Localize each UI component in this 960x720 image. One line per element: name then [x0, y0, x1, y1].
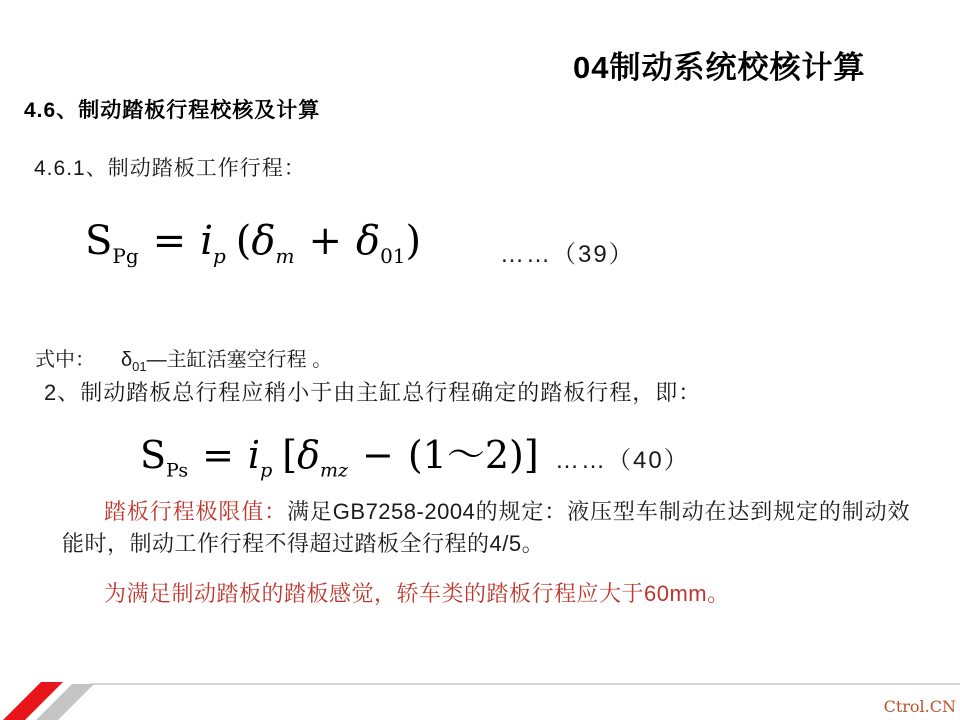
- symbol-definition-text: —主缸活塞空行程 。: [147, 349, 333, 371]
- delta-symbol: δ: [121, 349, 132, 371]
- minus-sign: −: [362, 433, 394, 477]
- equals-sign: =: [202, 433, 234, 477]
- where-label: 式中：: [35, 349, 95, 371]
- delta-symbol-subscript: 01: [132, 359, 146, 374]
- watermark-text: Ctrol.CN: [884, 697, 956, 716]
- formula-40-lhs-subscript: Ps: [166, 460, 188, 482]
- open-bracket: [: [282, 433, 297, 477]
- formula-39-delta1: δ: [251, 218, 275, 264]
- close-bracket: ]: [524, 433, 539, 477]
- symbol-definition-line: 式中：δ01—主缸活塞空行程 。: [35, 343, 332, 372]
- formula-39-lhs: S: [85, 218, 112, 264]
- subsection-heading: 4.6.1、制动踏板工作行程：: [34, 152, 306, 182]
- formula-39-ratio-subscript: p: [213, 244, 226, 268]
- slide-canvas: 04制动系统校核计算 4.6、制动踏板行程校核及计算 4.6.1、制动踏板工作行…: [0, 0, 960, 720]
- formula-39-expression: SPg=ip(δm+δ01): [85, 218, 421, 264]
- point-2-text: 2、制动踏板总行程应稍小于由主缸总行程确定的踏板行程，即：: [44, 376, 701, 407]
- limit-lead-text: 踏板行程极限值：: [104, 499, 287, 524]
- plus-sign: +: [308, 218, 342, 264]
- formula-39-delta1-subscript: m: [276, 244, 295, 268]
- formula-40-delta: δ: [297, 433, 320, 477]
- formula-39-delta2: δ: [356, 218, 380, 264]
- equation-number-40: ……（40）: [555, 440, 690, 475]
- footer-decoration: [0, 658, 960, 720]
- open-paren: (: [236, 218, 252, 264]
- close-paren: ): [406, 218, 422, 264]
- formula-40-delta-subscript: mz: [320, 460, 348, 482]
- section-heading: 4.6、制动踏板行程校核及计算: [24, 94, 320, 124]
- pedal-feel-note: 为满足制动踏板的踏板感觉，轿车类的踏板行程应大于60mm。: [104, 577, 730, 608]
- formula-40-range: (1～2): [408, 433, 524, 477]
- formula-39: SPg=ip(δm+δ01) ……（39）: [85, 218, 960, 264]
- formula-40-ratio-subscript: p: [260, 460, 272, 482]
- formula-40: SPs=ip[δmz−(1～2)] ……（40）: [140, 424, 960, 479]
- formula-40-lhs: S: [140, 433, 166, 477]
- equation-number-39: ……（39）: [500, 234, 635, 269]
- formula-40-expression: SPs=ip[δmz−(1～2)]: [140, 433, 539, 477]
- formula-39-ratio: i: [200, 218, 213, 264]
- formula-39-delta2-subscript: 01: [380, 244, 405, 268]
- formula-39-lhs-subscript: Pg: [112, 244, 138, 268]
- pedal-travel-limit-paragraph: 踏板行程极限值：满足GB7258-2004的规定：液压型车制动在达到规定的制动效…: [62, 496, 910, 559]
- slide-title: 04制动系统校核计算: [573, 42, 865, 87]
- equals-sign: =: [153, 218, 187, 264]
- formula-40-ratio: i: [248, 433, 260, 477]
